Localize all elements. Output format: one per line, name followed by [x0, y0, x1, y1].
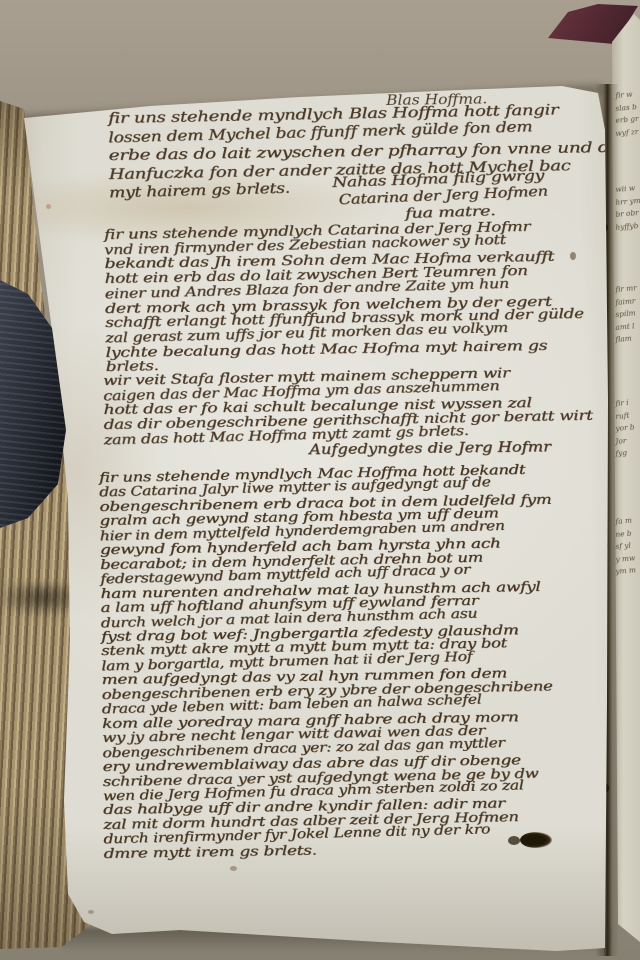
entry-4-text: fir uns stehende myndlych Mac Hoffma hot… — [99, 468, 467, 863]
heading-line: Mychel bac. — [394, 76, 484, 93]
foxing-spot — [88, 910, 94, 914]
foxing-spot — [46, 204, 51, 209]
page-number: 418 — [55, 41, 101, 70]
entry-3-text: wir veit Stafa floster mytt mainem schep… — [103, 369, 498, 447]
manuscript-page: 418 nn Mychel bac. Blas Hoffma. fir uns … — [0, 0, 640, 960]
ghost-ink-mark: nn — [276, 86, 299, 99]
entry-3-subscript: Aufgedyngtes die Jerg Hofmr — [309, 439, 551, 458]
ink-blot — [520, 832, 552, 848]
manuscript-photo: fir wslas berb grwyf zr wii whrr ymbr ob… — [0, 0, 640, 960]
foxing-spot — [230, 866, 237, 871]
entry-2-text: fir uns stehende myndlych Catarina der J… — [104, 223, 492, 375]
entry-1-signature: Nahas Hofma filig gwrgyCatarina der Jerg… — [332, 170, 517, 225]
